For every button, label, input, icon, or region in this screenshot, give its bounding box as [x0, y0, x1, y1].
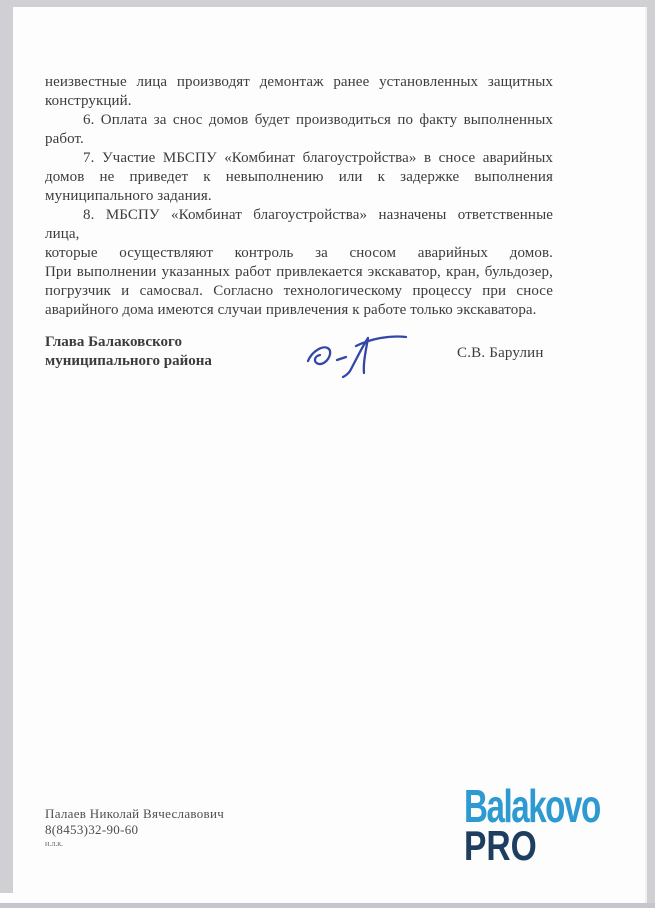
- executor-initials: н.л.к.: [45, 838, 224, 849]
- body-line: погрузчик и самосвал. Согласно технологи…: [45, 282, 553, 301]
- body-line: домов не приведет к невыполнению или к з…: [45, 168, 553, 187]
- body-line: 8. МБСПУ «Комбинат благоустройства» назн…: [45, 206, 553, 244]
- document-body: неизвестные лица производят демонтаж ран…: [45, 73, 553, 320]
- signer-title: Глава Балаковского муниципального района: [45, 333, 212, 371]
- scan-margin-left: [0, 7, 13, 893]
- body-line: муниципального задания.: [45, 187, 553, 206]
- body-line: неизвестные лица производят демонтаж ран…: [45, 73, 553, 92]
- signature-ink: [296, 327, 414, 387]
- body-line: При выполнении указанных работ привлекае…: [45, 263, 553, 282]
- signer-title-line1: Глава Балаковского: [45, 333, 212, 352]
- body-line: аварийного дома имеются случаи привлечен…: [45, 301, 553, 320]
- scan-background: неизвестные лица производят демонтаж ран…: [0, 0, 655, 908]
- signer-name: С.В. Барулин: [457, 345, 544, 362]
- body-line: 7. Участие МБСПУ «Комбинат благоустройст…: [45, 149, 553, 168]
- document-page: неизвестные лица производят демонтаж ран…: [13, 7, 647, 903]
- logo-pro: PRO: [464, 828, 615, 864]
- body-line: которые осуществляют контроль за сносом …: [45, 244, 553, 263]
- body-line: конструкций.: [45, 92, 553, 111]
- contact-phone: 8(8453)32-90-60: [45, 822, 224, 838]
- body-line: работ.: [45, 130, 553, 149]
- scan-margin-bottom: [0, 903, 655, 908]
- signer-title-line2: муниципального района: [45, 352, 212, 371]
- contact-name: Палаев Николай Вячеславович: [45, 805, 224, 822]
- contact-block: Палаев Николай Вячеславович 8(8453)32-90…: [45, 805, 224, 849]
- body-line: 6. Оплата за снос домов будет производит…: [45, 111, 553, 130]
- balakovo-pro-logo: Balakovo PRO: [464, 784, 653, 864]
- scan-margin-top: [0, 0, 655, 7]
